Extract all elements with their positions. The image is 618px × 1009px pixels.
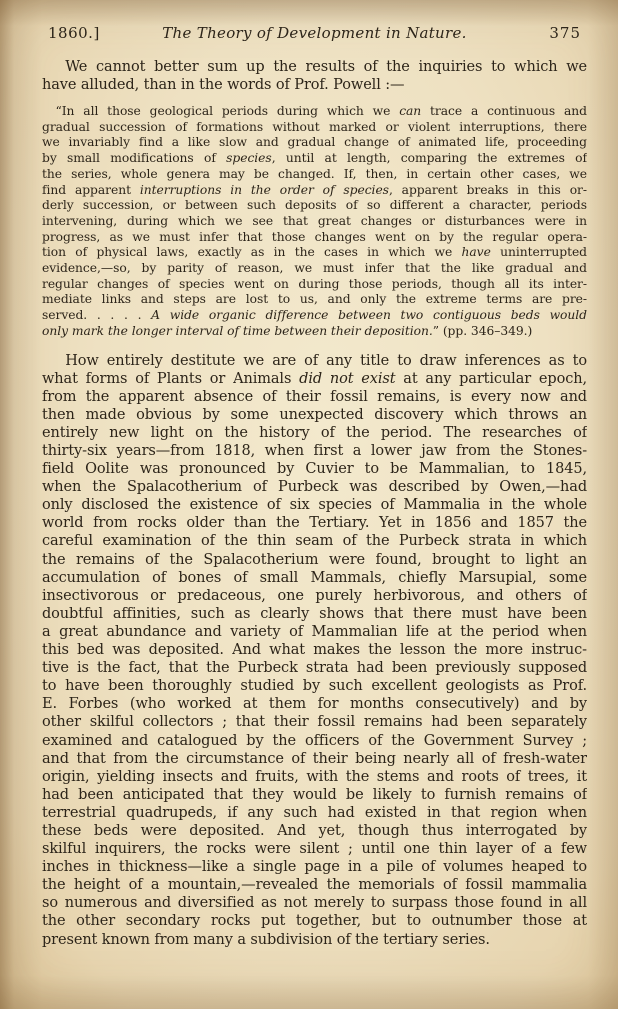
- text-segment: world from rocks older than the Tertiary…: [42, 515, 587, 531]
- text-segment: the height of a mountain,—revealed the m…: [42, 877, 587, 893]
- text-segment: gradual succession of formations without…: [42, 120, 587, 134]
- text-line: gradual succession of formations without…: [42, 120, 587, 136]
- text-line: examined and catalogued by the officers …: [42, 732, 587, 750]
- text-line: progress, as we must infer that those ch…: [42, 230, 587, 246]
- text-line: the remains of the Spalacotherium were f…: [42, 551, 587, 569]
- text-segment: what forms of Plants or Animals: [42, 371, 299, 387]
- text-segment: trace a continuous and: [421, 104, 587, 118]
- text-line: then made obvious by some unexpected dis…: [42, 406, 587, 424]
- text-segment: tive is the fact, that the Purbeck strat…: [42, 660, 587, 676]
- text-line: skilful inquirers, the rocks were silent…: [42, 840, 587, 858]
- text-segment: to have been thoroughly studied by such …: [42, 678, 587, 694]
- text-line: other skilful collectors ; that their fo…: [42, 713, 587, 731]
- text-segment: find apparent: [42, 183, 140, 197]
- text-segment: these beds were deposited. And yet, thou…: [42, 823, 587, 839]
- text-line: We cannot better sum up the results of t…: [42, 58, 587, 76]
- text-segment: examined and catalogued by the officers …: [42, 733, 587, 749]
- text-line: derly succession, or between such deposi…: [42, 198, 587, 214]
- text-line: had been anticipated that they would be …: [42, 786, 587, 804]
- quote-block: “In all those geological periods during …: [42, 104, 587, 340]
- text-segment: inches in thickness—like a single page i…: [42, 859, 587, 875]
- text-segment: had been anticipated that they would be …: [42, 787, 587, 803]
- text-line: by small modifications of species, until…: [42, 151, 587, 167]
- text-segment: regular changes of species went on durin…: [42, 277, 587, 291]
- text-segment: then made obvious by some unexpected dis…: [42, 407, 587, 423]
- text-line: world from rocks older than the Tertiary…: [42, 514, 587, 532]
- italic-text-segment: A wide organic difference between two co…: [151, 308, 587, 322]
- text-line: How entirely destitute we are of any tit…: [42, 352, 587, 370]
- text-segment: We cannot better sum up the results of t…: [65, 59, 587, 75]
- text-segment: the series, whole genera may be changed.…: [42, 167, 587, 181]
- text-segment: doubtful affinities, such as clearly sho…: [42, 606, 587, 622]
- text-segment: have alluded, than in the words of Prof.…: [42, 77, 404, 93]
- page-content: 1860.] The Theory of Development in Natu…: [42, 24, 587, 949]
- text-segment: origin, yielding insects and fruits, wit…: [42, 769, 587, 785]
- italic-text-segment: have: [462, 245, 491, 259]
- page-number: 375: [501, 24, 581, 42]
- text-segment: , apparent breaks in this or-: [389, 183, 587, 197]
- text-segment: “In all those geological periods during …: [56, 104, 400, 118]
- text-line: find apparent interruptions in the order…: [42, 183, 587, 199]
- text-segment: How entirely destitute we are of any tit…: [65, 353, 587, 369]
- text-line: to have been thoroughly studied by such …: [42, 677, 587, 695]
- text-line: a great abundance and variety of Mammali…: [42, 623, 587, 641]
- text-line: doubtful affinities, such as clearly sho…: [42, 605, 587, 623]
- text-line: “In all those geological periods during …: [42, 104, 587, 120]
- text-segment: the other secondary rocks put together, …: [42, 913, 587, 929]
- text-line: what forms of Plants or Animals did not …: [42, 370, 587, 388]
- text-segment: insectivorous or predaceous, one purely …: [42, 588, 587, 604]
- book-page: 1860.] The Theory of Development in Natu…: [0, 0, 618, 1009]
- text-segment: present known from many a subdivision of…: [42, 932, 490, 948]
- text-segment: derly succession, or between such deposi…: [42, 198, 587, 212]
- text-line: insectivorous or predaceous, one purely …: [42, 587, 587, 605]
- main-paragraph: How entirely destitute we are of any tit…: [42, 352, 587, 949]
- text-segment: E. Forbes (who worked at them for months…: [42, 696, 587, 712]
- text-line: tive is the fact, that the Purbeck strat…: [42, 659, 587, 677]
- text-segment: skilful inquirers, the rocks were silent…: [42, 841, 587, 857]
- text-line: only disclosed the existence of six spec…: [42, 496, 587, 514]
- text-line: only mark the longer interval of time be…: [42, 324, 587, 340]
- text-line: careful examination of the thin seam of …: [42, 532, 587, 550]
- text-line: E. Forbes (who worked at them for months…: [42, 695, 587, 713]
- text-line: these beds were deposited. And yet, thou…: [42, 822, 587, 840]
- text-line: evidence,—so, by parity of reason, we mu…: [42, 261, 587, 277]
- text-line: accumulation of bones of small Mammals, …: [42, 569, 587, 587]
- text-line: the series, whole genera may be changed.…: [42, 167, 587, 183]
- text-segment: entirely new light on the history of the…: [42, 425, 587, 441]
- text-segment: when the Spalacotherium of Purbeck was d…: [42, 479, 587, 495]
- text-segment: tion of physical laws, exactly as in the…: [42, 245, 462, 259]
- text-segment: only disclosed the existence of six spec…: [42, 497, 587, 513]
- text-segment: so numerous and diversified as not merel…: [42, 895, 587, 911]
- italic-text-segment: did not exist: [299, 371, 395, 387]
- text-line: this bed was deposited. And what makes t…: [42, 641, 587, 659]
- intro-paragraph: We cannot better sum up the results of t…: [42, 58, 587, 94]
- text-line: terrestrial quadrupeds, if any such had …: [42, 804, 587, 822]
- text-segment: uninterrupted: [491, 245, 587, 259]
- text-line: have alluded, than in the words of Prof.…: [42, 76, 587, 94]
- italic-text-segment: interruptions in the order of species: [140, 183, 389, 197]
- text-segment: and that from the circumstance of their …: [42, 751, 587, 767]
- text-line: when the Spalacotherium of Purbeck was d…: [42, 478, 587, 496]
- text-segment: at any particular epoch,: [395, 371, 587, 387]
- header-title: The Theory of Development in Nature.: [128, 24, 501, 42]
- text-line: origin, yielding insects and fruits, wit…: [42, 768, 587, 786]
- text-segment: terrestrial quadrupeds, if any such had …: [42, 805, 587, 821]
- italic-text-segment: species: [226, 151, 272, 165]
- text-line: we invariably find a like slow and gradu…: [42, 135, 587, 151]
- text-line: regular changes of species went on durin…: [42, 277, 587, 293]
- text-line: inches in thickness—like a single page i…: [42, 858, 587, 876]
- text-segment: thirty-six years—from 1818, when first a…: [42, 443, 587, 459]
- italic-text-segment: only mark the longer interval of time be…: [42, 324, 433, 338]
- running-header: 1860.] The Theory of Development in Natu…: [42, 24, 587, 42]
- text-segment: we invariably find a like slow and gradu…: [42, 135, 587, 149]
- text-line: entirely new light on the history of the…: [42, 424, 587, 442]
- text-segment: evidence,—so, by parity of reason, we mu…: [42, 261, 587, 275]
- text-segment: progress, as we must infer that those ch…: [42, 230, 587, 244]
- text-line: intervening, during which we see that gr…: [42, 214, 587, 230]
- text-line: thirty-six years—from 1818, when first a…: [42, 442, 587, 460]
- text-line: present known from many a subdivision of…: [42, 931, 587, 949]
- text-segment: accumulation of bones of small Mammals, …: [42, 570, 587, 586]
- text-segment: this bed was deposited. And what makes t…: [42, 642, 587, 658]
- text-line: and that from the circumstance of their …: [42, 750, 587, 768]
- text-segment: the remains of the Spalacotherium were f…: [42, 552, 587, 568]
- text-line: the height of a mountain,—revealed the m…: [42, 876, 587, 894]
- text-segment: a great abundance and variety of Mammali…: [42, 624, 587, 640]
- text-segment: from the apparent absence of their fossi…: [42, 389, 587, 405]
- text-segment: served. . . . .: [42, 308, 151, 322]
- text-line: tion of physical laws, exactly as in the…: [42, 245, 587, 261]
- text-line: field Oolite was pronounced by Cuvier to…: [42, 460, 587, 478]
- text-line: mediate links and steps are lost to us, …: [42, 292, 587, 308]
- text-line: from the apparent absence of their fossi…: [42, 388, 587, 406]
- text-segment: ” (pp. 346–349.): [433, 324, 533, 338]
- text-segment: careful examination of the thin seam of …: [42, 533, 587, 549]
- text-line: served. . . . . A wide organic differenc…: [42, 308, 587, 324]
- header-year: 1860.]: [48, 24, 128, 42]
- text-line: the other secondary rocks put together, …: [42, 912, 587, 930]
- text-segment: , until at length, comparing the extreme…: [272, 151, 587, 165]
- text-segment: intervening, during which we see that gr…: [42, 214, 587, 228]
- italic-text-segment: can: [399, 104, 421, 118]
- text-segment: field Oolite was pronounced by Cuvier to…: [42, 461, 587, 477]
- text-segment: by small modifications of: [42, 151, 226, 165]
- text-segment: other skilful collectors ; that their fo…: [42, 714, 587, 730]
- text-segment: mediate links and steps are lost to us, …: [42, 292, 587, 306]
- text-line: so numerous and diversified as not merel…: [42, 894, 587, 912]
